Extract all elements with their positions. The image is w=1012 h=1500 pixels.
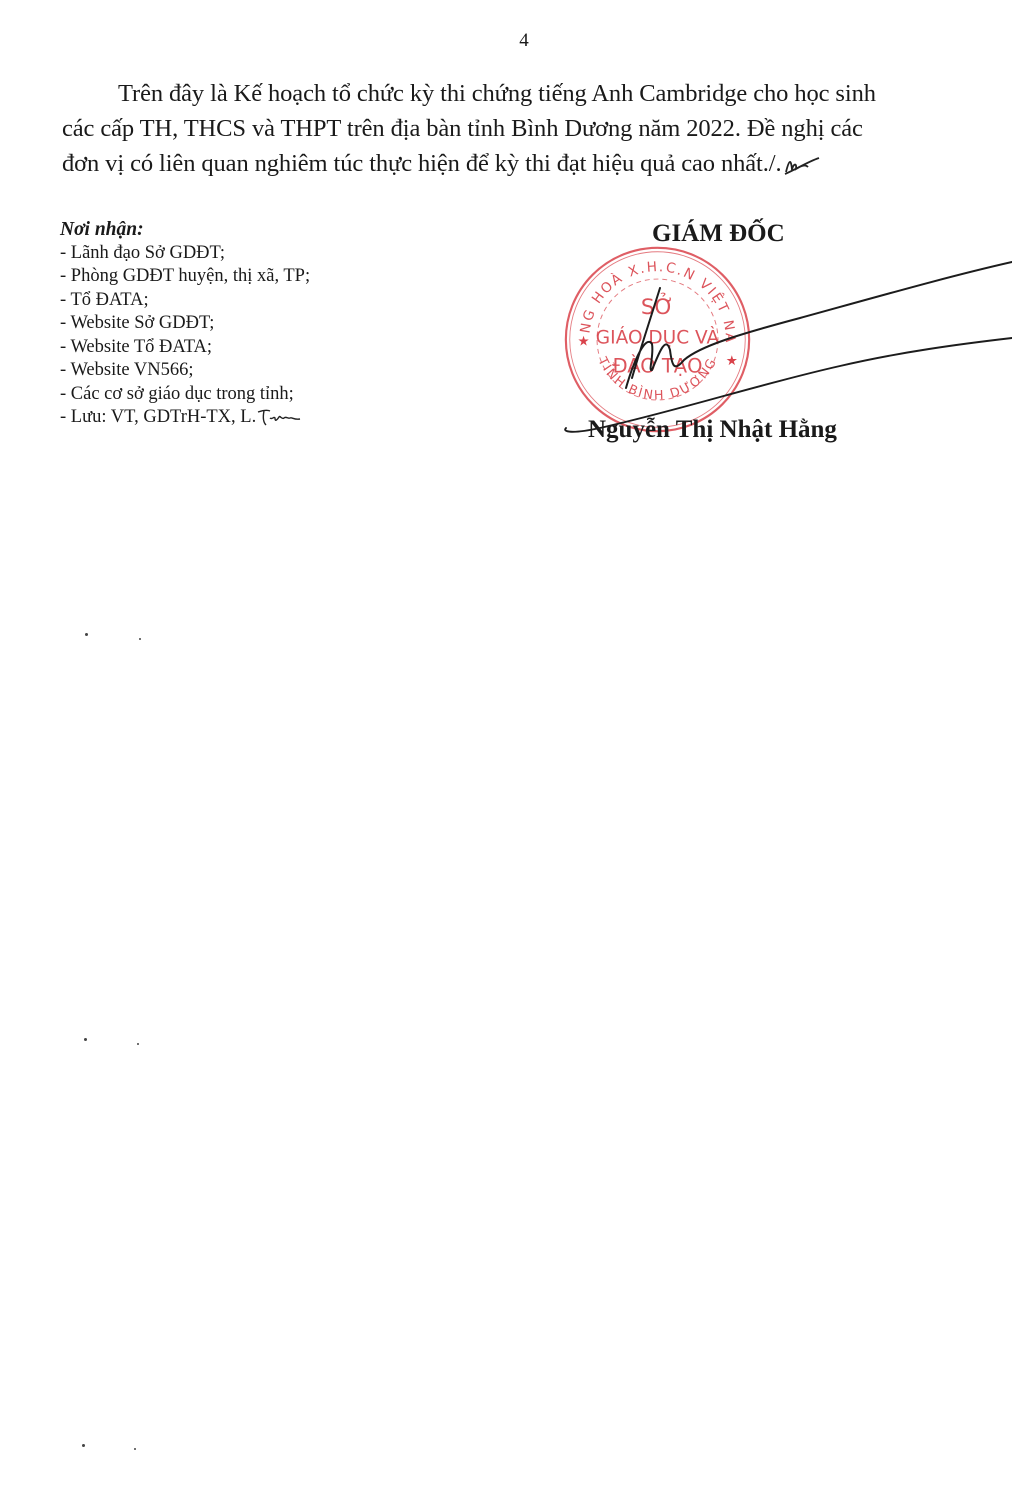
recipient-item: - Phòng GDĐT huyện, thị xã, TP; <box>60 265 310 289</box>
initial-mark-icon <box>783 152 821 178</box>
recipient-item: - Tổ ĐATA; <box>60 289 310 313</box>
recipients-list: - Lãnh đạo Sở GDĐT; - Phòng GDĐT huyện, … <box>60 242 310 430</box>
scan-speck <box>84 1038 87 1041</box>
seal-center-line-2: GIÁO DỤC VÀ <box>596 325 720 348</box>
scan-speck <box>137 1043 139 1045</box>
signer-name: Nguyễn Thị Nhật Hằng <box>588 416 837 444</box>
scan-speck <box>82 1444 85 1447</box>
svg-text:★: ★ <box>578 333 590 348</box>
storage-text: - Lưu: VT, GDTrH-TX, L. <box>60 407 256 427</box>
closing-line-3: đơn vị có liên quan nghiêm túc thực hiện… <box>62 146 987 181</box>
seal-center-line-1: SỞ <box>641 292 674 320</box>
recipient-item: - Lãnh đạo Sở GDĐT; <box>60 242 310 266</box>
handwritten-initials-icon <box>256 406 302 428</box>
recipient-item: - Website Tổ ĐATA; <box>60 336 310 360</box>
scan-speck <box>134 1448 136 1450</box>
svg-text:★: ★ <box>726 353 738 368</box>
recipient-item-storage: - Lưu: VT, GDTrH-TX, L. <box>60 406 310 430</box>
closing-line-1: Trên đây là Kế hoạch tổ chức kỳ thi chứn… <box>62 76 987 111</box>
recipient-item: - Website Sở GDĐT; <box>60 312 310 336</box>
seal-center-line-3: ĐÀO TẠO <box>613 355 703 378</box>
recipient-item: - Các cơ sở giáo dục trong tỉnh; <box>60 383 310 407</box>
official-seal-icon: CỘNG HOÀ X.H.C.N VIỆT NAM TỈNH BÌNH DƯƠN… <box>560 242 755 437</box>
scan-speck <box>85 633 88 636</box>
recipients-title: Nơi nhận: <box>60 218 310 242</box>
scan-speck <box>139 638 141 640</box>
signature-block: GIÁM ĐỐC CỘNG HOÀ X.H.C.N VIỆT NAM TỈNH … <box>560 218 890 458</box>
closing-line-2: các cấp TH, THCS và THPT trên địa bàn tỉ… <box>62 111 987 146</box>
recipient-item: - Website VN566; <box>60 359 310 383</box>
recipients-block: Nơi nhận: - Lãnh đạo Sở GDĐT; - Phòng GD… <box>60 218 310 430</box>
closing-line-3-text: đơn vị có liên quan nghiêm túc thực hiện… <box>62 150 782 177</box>
closing-paragraph: Trên đây là Kế hoạch tổ chức kỳ thi chứn… <box>62 76 987 181</box>
page-number: 4 <box>0 30 1012 52</box>
